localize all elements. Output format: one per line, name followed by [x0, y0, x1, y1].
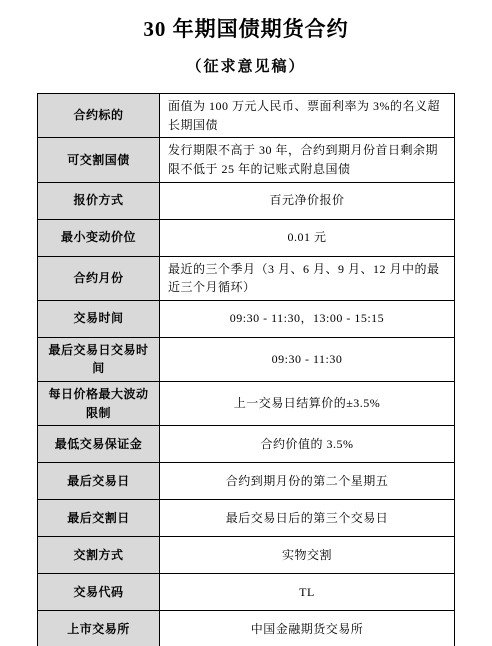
row-label: 最后交易日交易时间 [38, 337, 160, 381]
row-value: 合约价值的 3.5% [160, 426, 455, 463]
table-row: 交易代码TL [38, 574, 455, 611]
contract-spec-table-body: 合约标的面值为 100 万元人民币、票面利率为 3%的名义超长期国债可交割国债发… [38, 94, 455, 646]
page-title: 30 年期国债期货合约 [0, 0, 492, 42]
table-row: 合约月份最近的三个季月（3 月、6 月、9 月、12 月中的最近三个月循环） [38, 256, 455, 300]
table-row: 最后交易日合约到期月份的第二个星期五 [38, 463, 455, 500]
table-row: 每日价格最大波动限制上一交易日结算价的±3.5% [38, 381, 455, 425]
row-value: 最后交易日后的第三个交易日 [160, 500, 455, 537]
table-row: 上市交易所中国金融期货交易所 [38, 611, 455, 646]
row-value: TL [160, 574, 455, 611]
contract-spec-table: 合约标的面值为 100 万元人民币、票面利率为 3%的名义超长期国债可交割国债发… [37, 93, 455, 646]
row-label: 上市交易所 [38, 611, 160, 646]
row-label: 最后交割日 [38, 500, 160, 537]
row-value: 发行期限不高于 30 年，合约到期月份首日剩余期限不低于 25 年的记账式附息国… [160, 138, 455, 182]
row-value: 09:30 - 11:30，13:00 - 15:15 [160, 300, 455, 337]
row-value: 中国金融期货交易所 [160, 611, 455, 646]
row-value: 面值为 100 万元人民币、票面利率为 3%的名义超长期国债 [160, 94, 455, 138]
row-label: 最小变动价位 [38, 219, 160, 256]
row-value: 0.01 元 [160, 219, 455, 256]
row-value: 09:30 - 11:30 [160, 337, 455, 381]
row-label: 报价方式 [38, 182, 160, 219]
table-row: 最低交易保证金合约价值的 3.5% [38, 426, 455, 463]
table-row: 报价方式百元净价报价 [38, 182, 455, 219]
row-label: 交易时间 [38, 300, 160, 337]
row-label: 合约标的 [38, 94, 160, 138]
table-row: 可交割国债发行期限不高于 30 年，合约到期月份首日剩余期限不低于 25 年的记… [38, 138, 455, 182]
table-row: 最后交割日最后交易日后的第三个交易日 [38, 500, 455, 537]
row-label: 合约月份 [38, 256, 160, 300]
row-label: 每日价格最大波动限制 [38, 381, 160, 425]
row-label: 最低交易保证金 [38, 426, 160, 463]
table-row: 交易时间09:30 - 11:30，13:00 - 15:15 [38, 300, 455, 337]
row-label: 交易代码 [38, 574, 160, 611]
row-value: 最近的三个季月（3 月、6 月、9 月、12 月中的最近三个月循环） [160, 256, 455, 300]
row-value: 合约到期月份的第二个星期五 [160, 463, 455, 500]
row-label: 可交割国债 [38, 138, 160, 182]
row-value: 百元净价报价 [160, 182, 455, 219]
document-page: 30 年期国债期货合约 （征求意见稿） 合约标的面值为 100 万元人民币、票面… [0, 0, 492, 646]
table-row: 最小变动价位0.01 元 [38, 219, 455, 256]
table-row: 合约标的面值为 100 万元人民币、票面利率为 3%的名义超长期国债 [38, 94, 455, 138]
row-label: 最后交易日 [38, 463, 160, 500]
row-label: 交割方式 [38, 537, 160, 574]
row-value: 实物交割 [160, 537, 455, 574]
page-subtitle: （征求意见稿） [0, 42, 492, 76]
table-row: 交割方式实物交割 [38, 537, 455, 574]
row-value: 上一交易日结算价的±3.5% [160, 381, 455, 425]
table-row: 最后交易日交易时间09:30 - 11:30 [38, 337, 455, 381]
